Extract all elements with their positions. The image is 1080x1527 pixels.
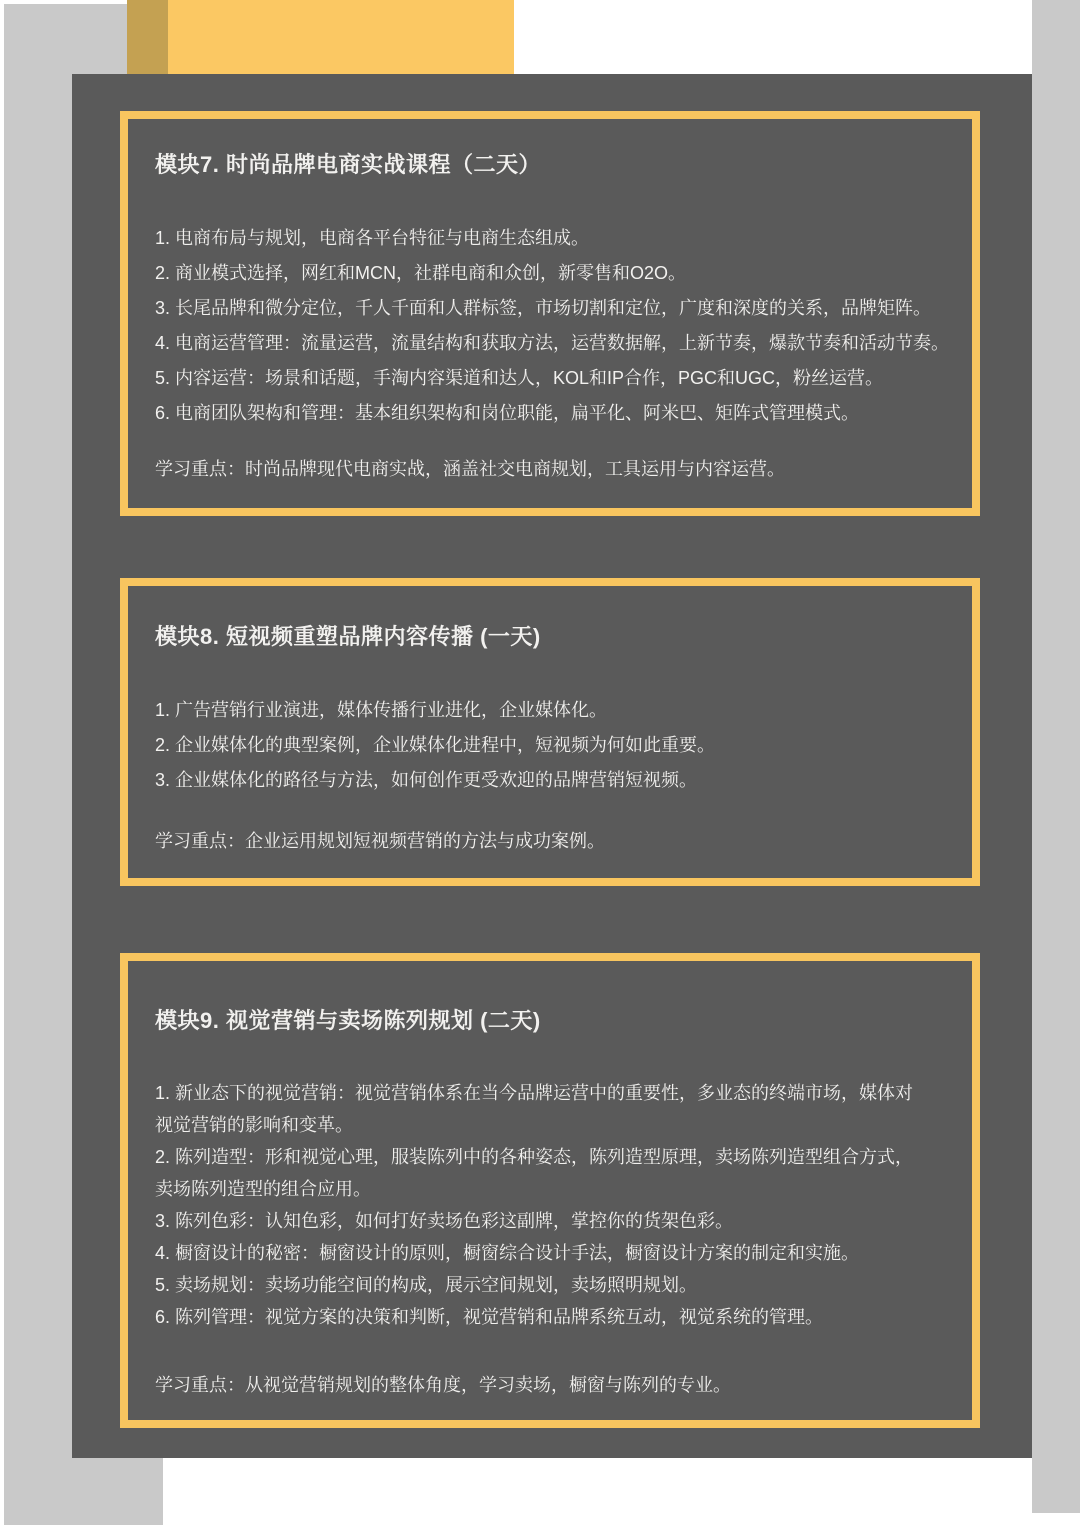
- course-item-line: 3. 企业媒体化的路径与方法，如何创作更受欢迎的品牌营销短视频。: [155, 763, 966, 798]
- module-card-8: 模块8. 短视频重塑品牌内容传播 (一天) 1. 广告营销行业演进，媒体传播行业…: [120, 578, 980, 886]
- learning-focus-line: 学习重点：时尚品牌现代电商实战，涵盖社交电商规划，工具运用与内容运营。: [155, 452, 966, 487]
- course-item-line: 卖场陈列造型的组合应用。: [155, 1173, 966, 1205]
- content-panel: 模块7. 时尚品牌电商实战课程（二天） 1. 电商布局与规划，电商各平台特征与电…: [72, 74, 1032, 1458]
- course-item-line: 3. 长尾品牌和微分定位，千人千面和人群标签，市场切割和定位，广度和深度的关系，…: [155, 291, 966, 326]
- course-item-line: 5. 卖场规划：卖场功能空间的构成，展示空间规划，卖场照明规划。: [155, 1269, 966, 1301]
- course-item-line: 3. 陈列色彩：认知色彩，如何打好卖场色彩这副牌，掌控你的货架色彩。: [155, 1205, 966, 1237]
- course-item-line: 视觉营销的影响和变革。: [155, 1109, 966, 1141]
- module-card-9: 模块9. 视觉营销与卖场陈列规划 (二天) 1. 新业态下的视觉营销：视觉营销体…: [120, 953, 980, 1428]
- course-item-line: 5. 内容运营：场景和话题，手淘内容渠道和达人，KOL和IP合作，PGC和UGC…: [155, 361, 966, 396]
- course-item-line: 2. 企业媒体化的典型案例，企业媒体化进程中，短视频为何如此重要。: [155, 728, 966, 763]
- course-item-line: 2. 商业模式选择，网红和MCN，社群电商和众创，新零售和O2O。: [155, 256, 966, 291]
- course-item-line: 2. 陈列造型：形和视觉心理，服装陈列中的各种姿态，陈列造型原理，卖场陈列造型组…: [155, 1141, 966, 1173]
- top-olive-accent-bar: [127, 0, 168, 74]
- module-item-list: 1. 新业态下的视觉营销：视觉营销体系在当今品牌运营中的重要性，多业态的终端市场…: [155, 1077, 966, 1333]
- right-gray-accent-bar: [1032, 0, 1080, 1513]
- learning-focus-line: 学习重点：企业运用规划短视频营销的方法与成功案例。: [155, 824, 966, 859]
- course-item-line: 1. 广告营销行业演进，媒体传播行业进化，企业媒体化。: [155, 693, 966, 728]
- module-item-list: 1. 广告营销行业演进，媒体传播行业进化，企业媒体化。 2. 企业媒体化的典型案…: [155, 693, 966, 798]
- course-item-line: 1. 电商布局与规划，电商各平台特征与电商生态组成。: [155, 221, 966, 256]
- course-item-line: 6. 电商团队架构和管理：基本组织架构和岗位职能，扁平化、阿米巴、矩阵式管理模式…: [155, 396, 966, 431]
- course-item-line: 6. 陈列管理：视觉方案的决策和判断，视觉营销和品牌系统互动，视觉系统的管理。: [155, 1301, 966, 1333]
- module-title: 模块7. 时尚品牌电商实战课程（二天）: [155, 150, 966, 180]
- course-item-line: 4. 橱窗设计的秘密：橱窗设计的原则，橱窗综合设计手法，橱窗设计方案的制定和实施…: [155, 1237, 966, 1269]
- module-title: 模块8. 短视频重塑品牌内容传播 (一天): [155, 622, 966, 652]
- top-yellow-accent-bar: [168, 0, 514, 74]
- course-brochure-page: 模块7. 时尚品牌电商实战课程（二天） 1. 电商布局与规划，电商各平台特征与电…: [0, 0, 1080, 1527]
- module-item-list: 1. 电商布局与规划，电商各平台特征与电商生态组成。 2. 商业模式选择，网红和…: [155, 221, 966, 431]
- module-card-7: 模块7. 时尚品牌电商实战课程（二天） 1. 电商布局与规划，电商各平台特征与电…: [120, 111, 980, 516]
- learning-focus-line: 学习重点：从视觉营销规划的整体角度，学习卖场，橱窗与陈列的专业。: [155, 1368, 966, 1403]
- course-item-line: 4. 电商运营管理：流量运营，流量结构和获取方法，运营数据解，上新节奏，爆款节奏…: [155, 326, 966, 361]
- module-title: 模块9. 视觉营销与卖场陈列规划 (二天): [155, 1006, 966, 1036]
- course-item-line: 1. 新业态下的视觉营销：视觉营销体系在当今品牌运营中的重要性，多业态的终端市场…: [155, 1077, 966, 1109]
